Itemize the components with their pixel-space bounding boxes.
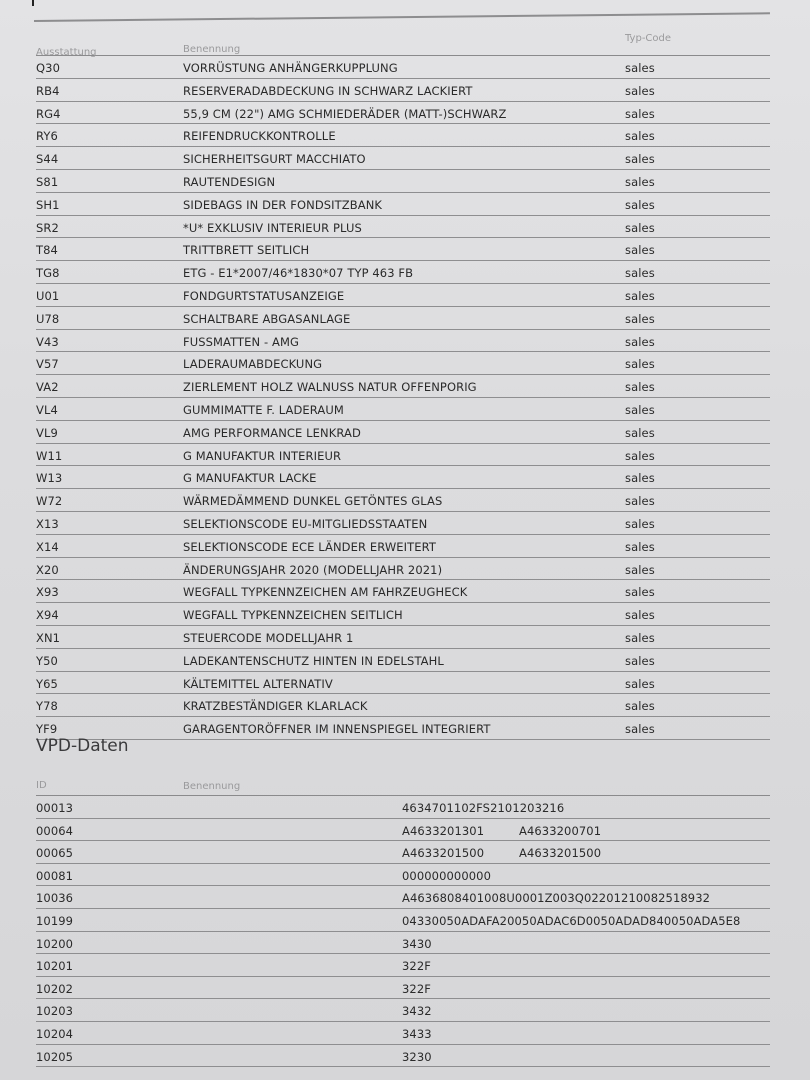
equipment-name: GUMMIMATTE F. LADERAUM [183,403,344,417]
vpd-value: 322F [402,959,431,973]
equipment-name: SELEKTIONSCODE ECE LÄNDER ERWEITERT [183,540,436,554]
table-row: 102053230 [36,1045,770,1068]
equipment-name: G MANUFAKTUR INTERIEUR [183,449,341,463]
type-code: sales [625,471,655,485]
table-row: YF9GARAGENTORÖFFNER IM INNENSPIEGEL INTE… [36,717,770,740]
equipment-name: FUSSMATTEN - AMG [183,335,299,349]
equipment-code: W72 [36,494,62,508]
equipment-name: FONDGURTSTATUSANZEIGE [183,289,344,303]
equipment-name: WÄRMEDÄMMEND DUNKEL GETÖNTES GLAS [183,494,442,508]
table-row: S81RAUTENDESIGNsales [36,170,770,193]
type-code: sales [625,585,655,599]
table-row: SH1SIDEBAGS IN DER FONDSITZBANKsales [36,193,770,216]
equipment-name: WEGFALL TYPKENNZEICHEN AM FAHRZEUGHECK [183,585,467,599]
type-code: sales [625,312,655,326]
vpd-value: A4633201301 [402,824,484,838]
equipment-name: G MANUFAKTUR LACKE [183,471,317,485]
table-row: U01FONDGURTSTATUSANZEIGEsales [36,284,770,307]
equipment-code: YF9 [36,722,57,736]
equipment-name: KÄLTEMITTEL ALTERNATIV [183,677,333,691]
table-row: 1019904330050ADAFA20050ADAC6D0050ADAD840… [36,909,770,932]
table-row: Y50LADEKANTENSCHUTZ HINTEN IN EDELSTAHLs… [36,649,770,672]
vpd-id: 00065 [36,846,73,860]
equipment-table-header: Ausstattung Benennung Typ-Code [36,33,770,56]
equipment-name: KRATZBESTÄNDIGER KLARLACK [183,699,368,713]
table-row: X94WEGFALL TYPKENNZEICHEN SEITLICHsales [36,603,770,626]
equipment-name: ZIERLEMENT HOLZ WALNUSS NATUR OFFENPORIG [183,380,477,394]
vpd-table-header: ID Benennung [36,778,770,796]
header-typ-code: Typ-Code [625,33,671,44]
equipment-code: S81 [36,175,58,189]
equipment-code: W13 [36,471,62,485]
table-row: RG455,9 CM (22") AMG SCHMIEDERÄDER (MATT… [36,102,770,125]
table-row: X13SELEKTIONSCODE EU-MITGLIEDSSTAATENsal… [36,512,770,535]
type-code: sales [625,517,655,531]
equipment-name: RESERVERADABDECKUNG IN SCHWARZ LACKIERT [183,84,473,98]
type-code: sales [625,563,655,577]
vpd-value: 4634701102FS2101203216 [402,801,564,815]
equipment-name: TRITTBRETT SEITLICH [183,243,309,257]
equipment-code: VL4 [36,403,58,417]
type-code: sales [625,654,655,668]
equipment-code: TG8 [36,266,60,280]
equipment-code: V43 [36,335,59,349]
type-code: sales [625,494,655,508]
vpd-value: 3430 [402,937,432,951]
type-code: sales [625,357,655,371]
equipment-code: SR2 [36,221,59,235]
document-page: Ausstattung Benennung Typ-Code Q30VORRÜS… [0,0,810,1080]
table-row: VL4GUMMIMATTE F. LADERAUMsales [36,398,770,421]
header-id: ID [36,780,47,791]
equipment-code: T84 [36,243,58,257]
vpd-section-title: VPD-Daten [36,736,129,756]
type-code: sales [625,677,655,691]
vpd-value: 3433 [402,1027,432,1041]
type-code: sales [625,722,655,736]
equipment-name: SICHERHEITSGURT MACCHIATO [183,152,366,166]
table-row: 102033432 [36,999,770,1022]
equipment-name: LADERAUMABDECKUNG [183,357,322,371]
equipment-code: X14 [36,540,59,554]
vpd-table: ID Benennung 000134634701102FS2101203216… [36,778,770,1067]
equipment-name: *U* EXKLUSIV INTERIEUR PLUS [183,221,362,235]
page-edge-mark [32,0,34,6]
vpd-id: 10202 [36,982,73,996]
vpd-id: 10205 [36,1050,73,1064]
equipment-code: RB4 [36,84,60,98]
equipment-code: SH1 [36,198,60,212]
type-code: sales [625,221,655,235]
table-row: 10202322F [36,977,770,1000]
vpd-table-body: 000134634701102FS210120321600064A4633201… [36,796,770,1067]
equipment-code: X94 [36,608,59,622]
equipment-name: REIFENDRUCKKONTROLLE [183,129,336,143]
table-row: TG8ETG - E1*2007/46*1830*07 TYP 463 FBsa… [36,261,770,284]
table-row: SR2*U* EXKLUSIV INTERIEUR PLUSsales [36,216,770,239]
vpd-value: A4636808401008U0001Z003Q0220121008251893… [402,891,710,905]
type-code: sales [625,84,655,98]
table-row: 102003430 [36,932,770,955]
table-row: VL9AMG PERFORMANCE LENKRADsales [36,421,770,444]
equipment-code: XN1 [36,631,60,645]
equipment-name: GARAGENTORÖFFNER IM INNENSPIEGEL INTEGRI… [183,722,491,736]
type-code: sales [625,152,655,166]
table-row: W13G MANUFAKTUR LACKEsales [36,466,770,489]
table-row: W72WÄRMEDÄMMEND DUNKEL GETÖNTES GLASsale… [36,489,770,512]
header-benennung: Benennung [183,44,240,55]
type-code: sales [625,449,655,463]
type-code: sales [625,175,655,189]
type-code: sales [625,426,655,440]
vpd-id: 10203 [36,1004,73,1018]
equipment-code: X93 [36,585,59,599]
equipment-code: Y65 [36,677,58,691]
type-code: sales [625,335,655,349]
equipment-code: U01 [36,289,59,303]
table-row: 00065A4633201500A4633201500 [36,841,770,864]
table-row: VA2ZIERLEMENT HOLZ WALNUSS NATUR OFFENPO… [36,375,770,398]
vpd-id: 10199 [36,914,73,928]
table-row: RB4RESERVERADABDECKUNG IN SCHWARZ LACKIE… [36,79,770,102]
table-row: 102043433 [36,1022,770,1045]
equipment-code: RY6 [36,129,58,143]
equipment-name: ETG - E1*2007/46*1830*07 TYP 463 FB [183,266,413,280]
type-code: sales [625,289,655,303]
vpd-value: A4633201500 [402,846,484,860]
table-row: X20ÄNDERUNGSJAHR 2020 (MODELLJAHR 2021)s… [36,558,770,581]
equipment-code: RG4 [36,107,61,121]
type-code: sales [625,608,655,622]
equipment-name: ÄNDERUNGSJAHR 2020 (MODELLJAHR 2021) [183,563,442,577]
type-code: sales [625,266,655,280]
equipment-name: WEGFALL TYPKENNZEICHEN SEITLICH [183,608,403,622]
table-row: V43FUSSMATTEN - AMGsales [36,330,770,353]
type-code: sales [625,699,655,713]
type-code: sales [625,61,655,75]
type-code: sales [625,540,655,554]
equipment-name: SELEKTIONSCODE EU-MITGLIEDSSTAATEN [183,517,427,531]
vpd-id: 10200 [36,937,73,951]
vpd-value: 000000000000 [402,869,491,883]
vpd-value: 3230 [402,1050,432,1064]
table-row: T84TRITTBRETT SEITLICHsales [36,238,770,261]
vpd-id: 00081 [36,869,73,883]
equipment-table-body: Q30VORRÜSTUNG ANHÄNGERKUPPLUNGsalesRB4RE… [36,56,770,740]
equipment-code: W11 [36,449,62,463]
vpd-id: 00064 [36,824,73,838]
equipment-code: Q30 [36,61,60,75]
equipment-name: AMG PERFORMANCE LENKRAD [183,426,361,440]
equipment-code: X13 [36,517,59,531]
table-row: XN1STEUERCODE MODELLJAHR 1sales [36,626,770,649]
equipment-code: V57 [36,357,59,371]
equipment-name: STEUERCODE MODELLJAHR 1 [183,631,353,645]
equipment-name: LADEKANTENSCHUTZ HINTEN IN EDELSTAHL [183,654,444,668]
equipment-name: 55,9 CM (22") AMG SCHMIEDERÄDER (MATT-)S… [183,107,506,121]
vpd-value: 04330050ADAFA20050ADAC6D0050ADAD840050AD… [402,914,740,928]
equipment-code: X20 [36,563,59,577]
table-row: Q30VORRÜSTUNG ANHÄNGERKUPPLUNGsales [36,56,770,79]
type-code: sales [625,631,655,645]
type-code: sales [625,198,655,212]
table-row: 00081000000000000 [36,864,770,887]
equipment-name: SCHALTBARE ABGASANLAGE [183,312,350,326]
table-row: RY6REIFENDRUCKKONTROLLEsales [36,124,770,147]
equipment-code: Y50 [36,654,58,668]
vpd-value-secondary: A4633201500 [519,846,601,860]
table-row: S44SICHERHEITSGURT MACCHIATOsales [36,147,770,170]
table-row: 00064A4633201301A4633200701 [36,819,770,842]
table-row: X14SELEKTIONSCODE ECE LÄNDER ERWEITERTsa… [36,535,770,558]
equipment-name: SIDEBAGS IN DER FONDSITZBANK [183,198,382,212]
table-row: U78SCHALTBARE ABGASANLAGEsales [36,307,770,330]
equipment-code: VL9 [36,426,58,440]
vpd-value-secondary: A4633200701 [519,824,601,838]
equipment-name: VORRÜSTUNG ANHÄNGERKUPPLUNG [183,61,398,75]
vpd-id: 10036 [36,891,73,905]
table-row: Y78KRATZBESTÄNDIGER KLARLACKsales [36,694,770,717]
section-divider [34,12,770,22]
table-row: W11G MANUFAKTUR INTERIEURsales [36,444,770,467]
vpd-id: 00013 [36,801,73,815]
table-row: V57LADERAUMABDECKUNGsales [36,352,770,375]
equipment-code: Y78 [36,699,58,713]
table-row: 10036A4636808401008U0001Z003Q02201210082… [36,886,770,909]
equipment-name: RAUTENDESIGN [183,175,275,189]
vpd-id: 10204 [36,1027,73,1041]
equipment-code: VA2 [36,380,59,394]
header-benennung: Benennung [183,781,240,792]
table-row: 10201322F [36,954,770,977]
vpd-value: 322F [402,982,431,996]
equipment-code: S44 [36,152,58,166]
vpd-value: 3432 [402,1004,432,1018]
table-row: X93WEGFALL TYPKENNZEICHEN AM FAHRZEUGHEC… [36,580,770,603]
type-code: sales [625,107,655,121]
table-row: 000134634701102FS2101203216 [36,796,770,819]
vpd-id: 10201 [36,959,73,973]
type-code: sales [625,403,655,417]
type-code: sales [625,129,655,143]
equipment-table: Ausstattung Benennung Typ-Code Q30VORRÜS… [36,33,770,740]
type-code: sales [625,380,655,394]
table-row: Y65KÄLTEMITTEL ALTERNATIVsales [36,672,770,695]
equipment-code: U78 [36,312,59,326]
type-code: sales [625,243,655,257]
